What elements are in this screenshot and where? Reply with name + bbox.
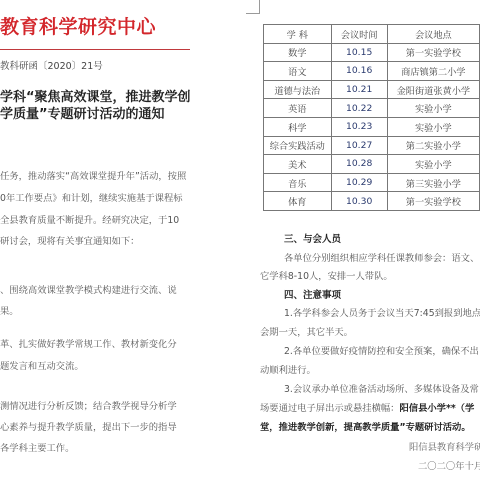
body-line: 各学科主要工作。 xyxy=(0,440,74,454)
cell-subject: 音乐 xyxy=(264,173,332,192)
header-date: 会议时间 xyxy=(331,25,387,44)
body-line: 果。 xyxy=(0,303,19,317)
org-title: 教育科学研究中心 xyxy=(0,12,156,39)
cell-date: 10.16 xyxy=(331,62,387,81)
table-row: 英语 10.22 实验小学 xyxy=(264,99,480,118)
cell-subject: 综合实践活动 xyxy=(264,136,332,155)
banner-prefix: 场要通过电子屏出示或悬挂横幅： xyxy=(260,403,399,414)
cell-location: 金阳街道张黄小学 xyxy=(387,80,479,99)
body-line: 测情况进行分析反馈；结合教学视导分析学 xyxy=(0,398,177,412)
table-row: 科学 10.23 实验小学 xyxy=(264,117,480,136)
cell-location: 第二实验小学 xyxy=(387,136,479,155)
notice-page-left: 教育科学研究中心 教科研函〔2020〕21号 学科“聚焦高效课堂，推进教学创 学… xyxy=(0,0,246,480)
table-header-row: 学 科 会议时间 会议地点 xyxy=(264,25,480,44)
signature-org: 阳信县教育科学研 xyxy=(409,439,480,453)
notice-item-1-cont: 会期一天，其它半天。 xyxy=(260,324,353,338)
section-4-heading: 四、注意事项 xyxy=(284,287,341,301)
header-subject: 学 科 xyxy=(264,25,332,44)
body-line: 任务，推动落实“高效课堂提升年”活动，按照 xyxy=(0,168,186,182)
cell-date: 10.15 xyxy=(331,43,387,62)
body-line: 0年工作要点》和计划，继续实施基于课程标 xyxy=(0,190,183,204)
cell-location: 第一实验学校 xyxy=(387,43,479,62)
body-line: 研讨会，现将有关事宜通知如下： xyxy=(0,233,139,247)
cell-date: 10.27 xyxy=(331,136,387,155)
body-line: 题发言和互动交流。 xyxy=(0,358,84,372)
table-row: 道德与法治 10.21 金阳街道张黄小学 xyxy=(264,80,480,99)
notice-item-1: 1.各学科参会人员务于会议当天7:45到报到地点 xyxy=(284,305,480,319)
cell-location: 实验小学 xyxy=(387,155,479,174)
cell-location: 商店镇第二小学 xyxy=(387,62,479,81)
cell-location: 第三实验小学 xyxy=(387,173,479,192)
body-line: 全县教育质量不断提升。经研究决定，于10 xyxy=(0,212,179,226)
notice-page-right: 学 科 会议时间 会议地点 数学 10.15 第一实验学校 语文 10.16 商… xyxy=(246,0,480,480)
cell-subject: 美术 xyxy=(264,155,332,174)
cell-date: 10.22 xyxy=(331,99,387,118)
notice-item-3-cont: 场要通过电子屏出示或悬挂横幅：阳信县小学**（学 xyxy=(260,400,474,414)
notice-title-line-2: 学质量”专题研讨活动的通知 xyxy=(0,103,165,122)
table-row: 综合实践活动 10.27 第二实验小学 xyxy=(264,136,480,155)
banner-text-bold: 阳信县小学**（学 xyxy=(399,403,474,414)
signature-date: 二〇二〇年十月 xyxy=(418,458,480,472)
section-3-line: 它学科8-10人，安排一人带队。 xyxy=(260,268,393,282)
cell-date: 10.21 xyxy=(331,80,387,99)
cell-subject: 语文 xyxy=(264,62,332,81)
cell-subject: 体育 xyxy=(264,192,332,211)
cell-subject: 数学 xyxy=(264,43,332,62)
table-row: 语文 10.16 商店镇第二小学 xyxy=(264,62,480,81)
section-3-heading: 三、与会人员 xyxy=(284,231,341,245)
table-row: 美术 10.28 实验小学 xyxy=(264,155,480,174)
notice-item-2: 2.各单位要做好疫情防控和安全预案，确保不出 xyxy=(284,343,479,357)
body-line: 革、扎实做好教学常规工作、教材新变化分 xyxy=(0,336,177,350)
notice-item-3: 3.会议承办单位准备活动场所、多媒体设备及常 xyxy=(284,381,479,395)
cell-location: 第一实验学校 xyxy=(387,192,479,211)
table-row: 体育 10.30 第一实验学校 xyxy=(264,192,480,211)
header-location: 会议地点 xyxy=(387,25,479,44)
table-row: 音乐 10.29 第三实验小学 xyxy=(264,173,480,192)
body-line: 、围绕高效课堂教学模式构建进行交流、说 xyxy=(0,282,177,296)
cell-location: 实验小学 xyxy=(387,99,479,118)
document-number: 教科研函〔2020〕21号 xyxy=(0,58,103,72)
red-divider-rule xyxy=(0,49,190,50)
cell-subject: 英语 xyxy=(264,99,332,118)
table-row: 数学 10.15 第一实验学校 xyxy=(264,43,480,62)
cell-date: 10.30 xyxy=(331,192,387,211)
cell-date: 10.23 xyxy=(331,117,387,136)
body-line: 心素养与提升教学质量，提出下一步的指导 xyxy=(0,419,177,433)
section-3-line: 各单位分别组织相应学科任课教师参会：语文、 xyxy=(284,250,479,264)
banner-text-line-2: 堂，推进教学创新，提高教学质量”专题研讨活动。 xyxy=(260,419,471,433)
cell-date: 10.29 xyxy=(331,173,387,192)
schedule-table: 学 科 会议时间 会议地点 数学 10.15 第一实验学校 语文 10.16 商… xyxy=(263,24,480,211)
notice-item-2-cont: 动顺利进行。 xyxy=(260,362,316,376)
cell-location: 实验小学 xyxy=(387,117,479,136)
cell-subject: 科学 xyxy=(264,117,332,136)
cell-subject: 道德与法治 xyxy=(264,80,332,99)
page-corner-mark xyxy=(246,0,260,14)
cell-date: 10.28 xyxy=(331,155,387,174)
